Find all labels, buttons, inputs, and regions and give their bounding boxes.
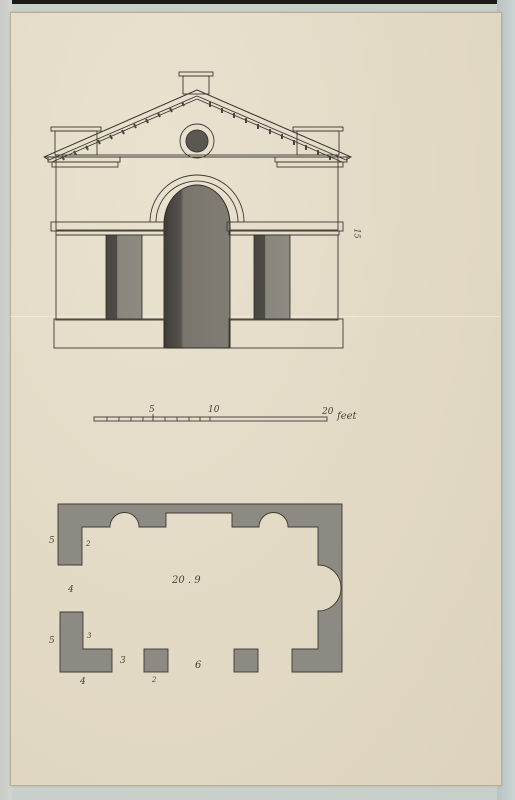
plan-note-6: 3 bbox=[120, 656, 126, 666]
left-plinth bbox=[54, 319, 166, 348]
side-mark: 15 bbox=[353, 228, 362, 238]
scale-unit-label: feet bbox=[337, 411, 357, 422]
scale-tick-20: 20 bbox=[322, 407, 333, 417]
plan-note-1: 5 bbox=[49, 536, 55, 546]
architectural-drawing bbox=[0, 0, 515, 800]
plan-pier-right bbox=[234, 649, 258, 672]
plan-note-8: 2 bbox=[152, 676, 156, 684]
plan-note-4: 5 bbox=[49, 636, 55, 646]
plan-note-2: 2 bbox=[86, 540, 90, 548]
plan-pier-left bbox=[144, 649, 168, 672]
scale-tick-10: 10 bbox=[208, 405, 219, 415]
chimney-cap bbox=[179, 72, 213, 76]
plan-note-5: 3 bbox=[87, 632, 91, 640]
plan-note-7: 4 bbox=[80, 677, 86, 687]
ground-plan bbox=[58, 504, 342, 672]
plan-note-9: 6 bbox=[195, 660, 201, 671]
scale-tick-5: 5 bbox=[149, 405, 155, 415]
plan-walls bbox=[58, 504, 342, 672]
left-recess bbox=[106, 235, 142, 319]
plan-corner-pier bbox=[60, 612, 112, 672]
central-arched-opening bbox=[164, 185, 230, 348]
plan-note-3: 4 bbox=[68, 585, 74, 595]
chimney-stack bbox=[183, 76, 209, 94]
scale-bar bbox=[94, 414, 327, 421]
right-plinth bbox=[229, 319, 343, 348]
room-dimension: 20 . 9 bbox=[172, 575, 201, 586]
front-elevation bbox=[44, 72, 351, 348]
right-recess bbox=[254, 235, 290, 319]
